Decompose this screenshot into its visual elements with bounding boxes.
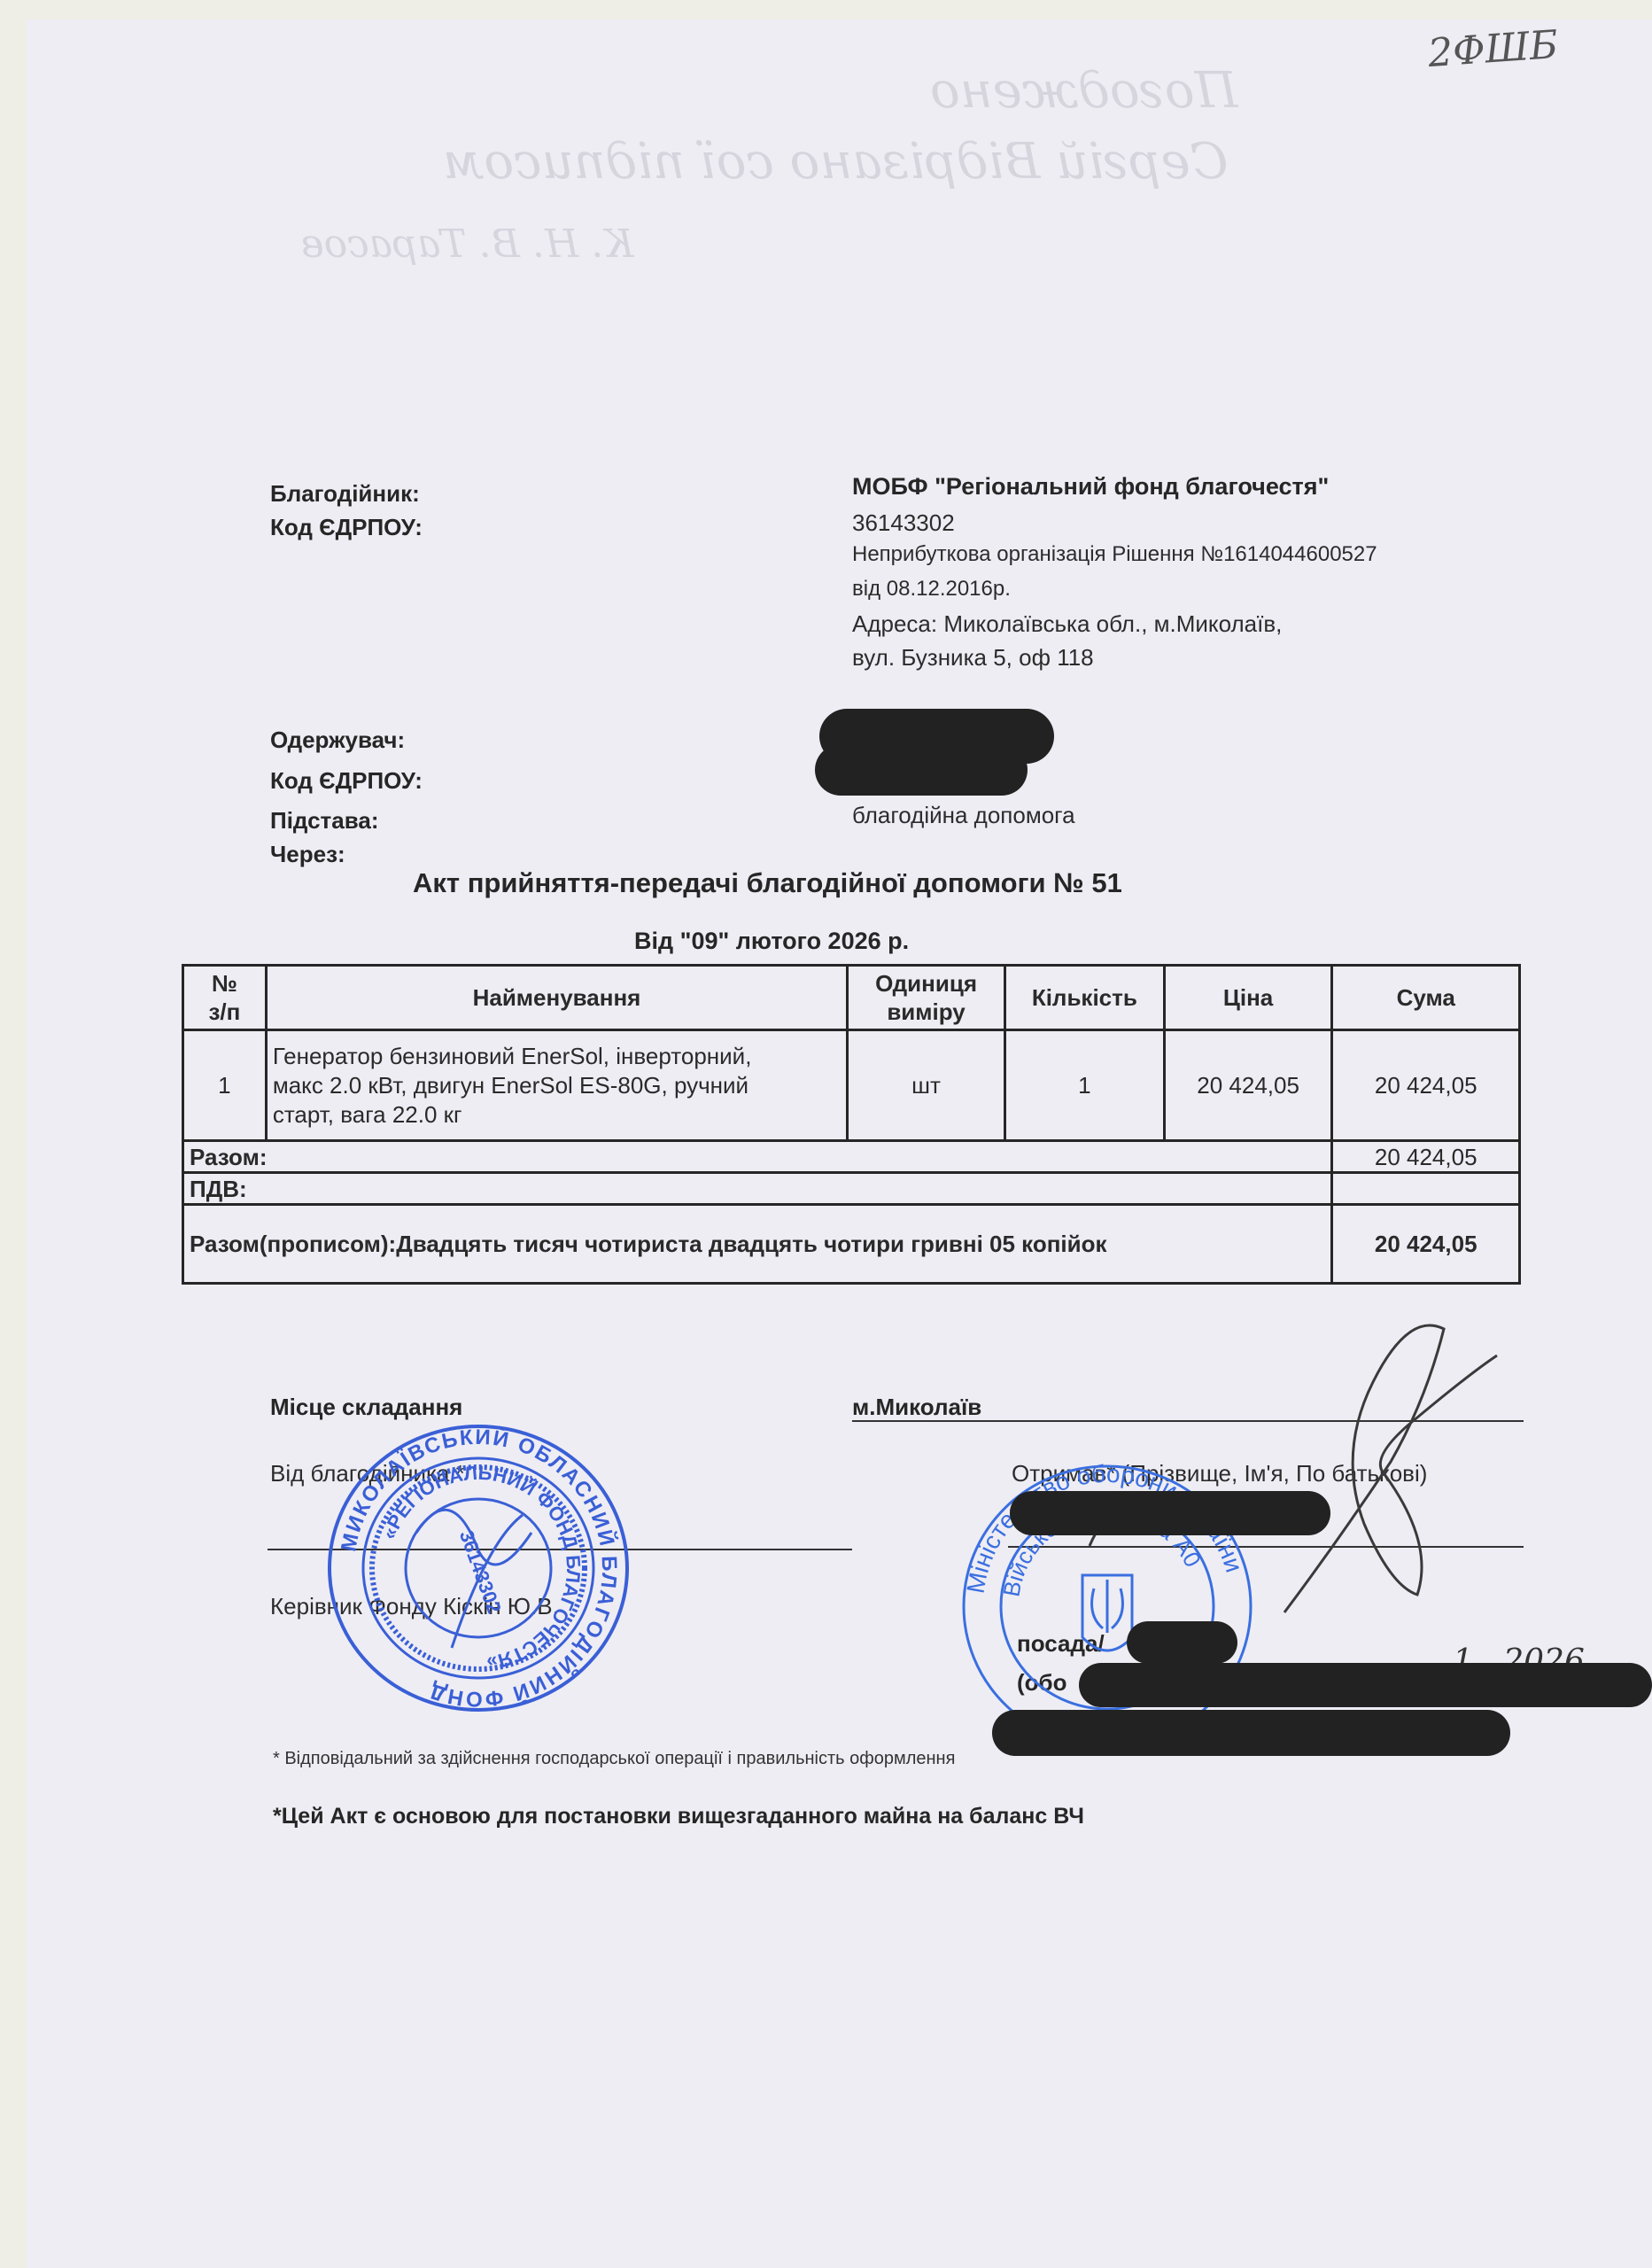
recipient-label: Одержувач: <box>270 726 405 754</box>
basis-value: благодійна допомога <box>852 802 1075 829</box>
footnote-responsible: * Відповідальний за здійснення господарс… <box>273 1749 955 1769</box>
donor-address-line1: Адреса: Миколаївська обл., м.Миколаїв, <box>852 610 1282 638</box>
total-label: Разом: <box>183 1141 1332 1173</box>
redaction-recipient-fullname <box>1010 1491 1330 1535</box>
header-unit: Одиницявиміру <box>848 966 1005 1030</box>
table-row: 1 Генератор бензиновий EnerSol, інвертор… <box>183 1030 1520 1141</box>
redaction-position-3 <box>992 1710 1510 1756</box>
total-value: 20 424,05 <box>1332 1141 1520 1173</box>
bleed-through-line-3: К. Н. В. Тарасов <box>301 221 633 267</box>
bleed-through-line-2: Сергій Відрізано сої підписом <box>443 133 1228 190</box>
cell-qty: 1 <box>1004 1030 1164 1141</box>
cell-name: Генератор бензиновий EnerSol, інверторни… <box>266 1030 847 1141</box>
handwritten-note: 2ФШБ <box>1426 22 1559 76</box>
header-num: №з/п <box>183 966 267 1030</box>
header-name: Найменування <box>266 966 847 1030</box>
act-title: Акт прийняття-передачі благодійної допом… <box>413 867 1122 899</box>
header-sum: Сума <box>1332 966 1520 1030</box>
cell-price: 20 424,05 <box>1164 1030 1332 1141</box>
footnote-basis: *Цей Акт є основою для постановки вищезг… <box>273 1804 1084 1829</box>
basis-label: Підстава: <box>270 807 378 835</box>
cell-num: 1 <box>183 1030 267 1141</box>
header-price: Ціна <box>1164 966 1332 1030</box>
vat-value <box>1332 1173 1520 1205</box>
cell-sum: 20 424,05 <box>1332 1030 1520 1141</box>
recipient-signature-icon <box>1019 1311 1532 1630</box>
donor-status-line1: Неприбуткова організація Рішення №161404… <box>852 542 1377 567</box>
total-in-words: Разом(прописом):Двадцять тисяч чотириста… <box>183 1205 1332 1284</box>
vat-label: ПДВ: <box>183 1173 1332 1205</box>
vat-row: ПДВ: <box>183 1173 1520 1205</box>
via-label: Через: <box>270 841 345 868</box>
table-header-row: №з/п Найменування Одиницявиміру Кількіст… <box>183 966 1520 1030</box>
cell-unit: шт <box>848 1030 1005 1141</box>
recipient-edrpou-label: Код ЄДРПОУ: <box>270 767 423 795</box>
bleed-through-line-1: Погоджено <box>930 62 1237 120</box>
donor-name: МОБФ "Регіональний фонд благочестя" <box>852 473 1329 501</box>
items-table: №з/п Найменування Одиницявиміру Кількіст… <box>182 964 1521 1285</box>
total-row: Разом: 20 424,05 <box>183 1141 1520 1173</box>
donor-label: Благодійник: <box>270 480 420 508</box>
redaction-position-1 <box>1127 1621 1237 1664</box>
donor-edrpou: 36143302 <box>852 509 955 537</box>
donor-stamp-icon: МИКОЛАЇВСЬКИЙ ОБЛАСНИЙ БЛАГОДІЙНИЙ ФОНД … <box>319 1417 638 1719</box>
redaction-position-2 <box>1079 1663 1652 1707</box>
donor-address-line2: вул. Бузника 5, оф 118 <box>852 644 1094 672</box>
redaction-recipient-name <box>819 709 1054 764</box>
total-in-words-row: Разом(прописом):Двадцять тисяч чотириста… <box>183 1205 1520 1284</box>
donor-edrpou-label: Код ЄДРПОУ: <box>270 514 423 541</box>
act-date: Від "09" лютого 2026 р. <box>634 928 909 955</box>
total-in-words-value: 20 424,05 <box>1332 1205 1520 1284</box>
header-qty: Кількість <box>1004 966 1164 1030</box>
donor-status-line2: від 08.12.2016р. <box>852 577 1011 602</box>
place-value: м.Миколаїв <box>852 1394 981 1421</box>
